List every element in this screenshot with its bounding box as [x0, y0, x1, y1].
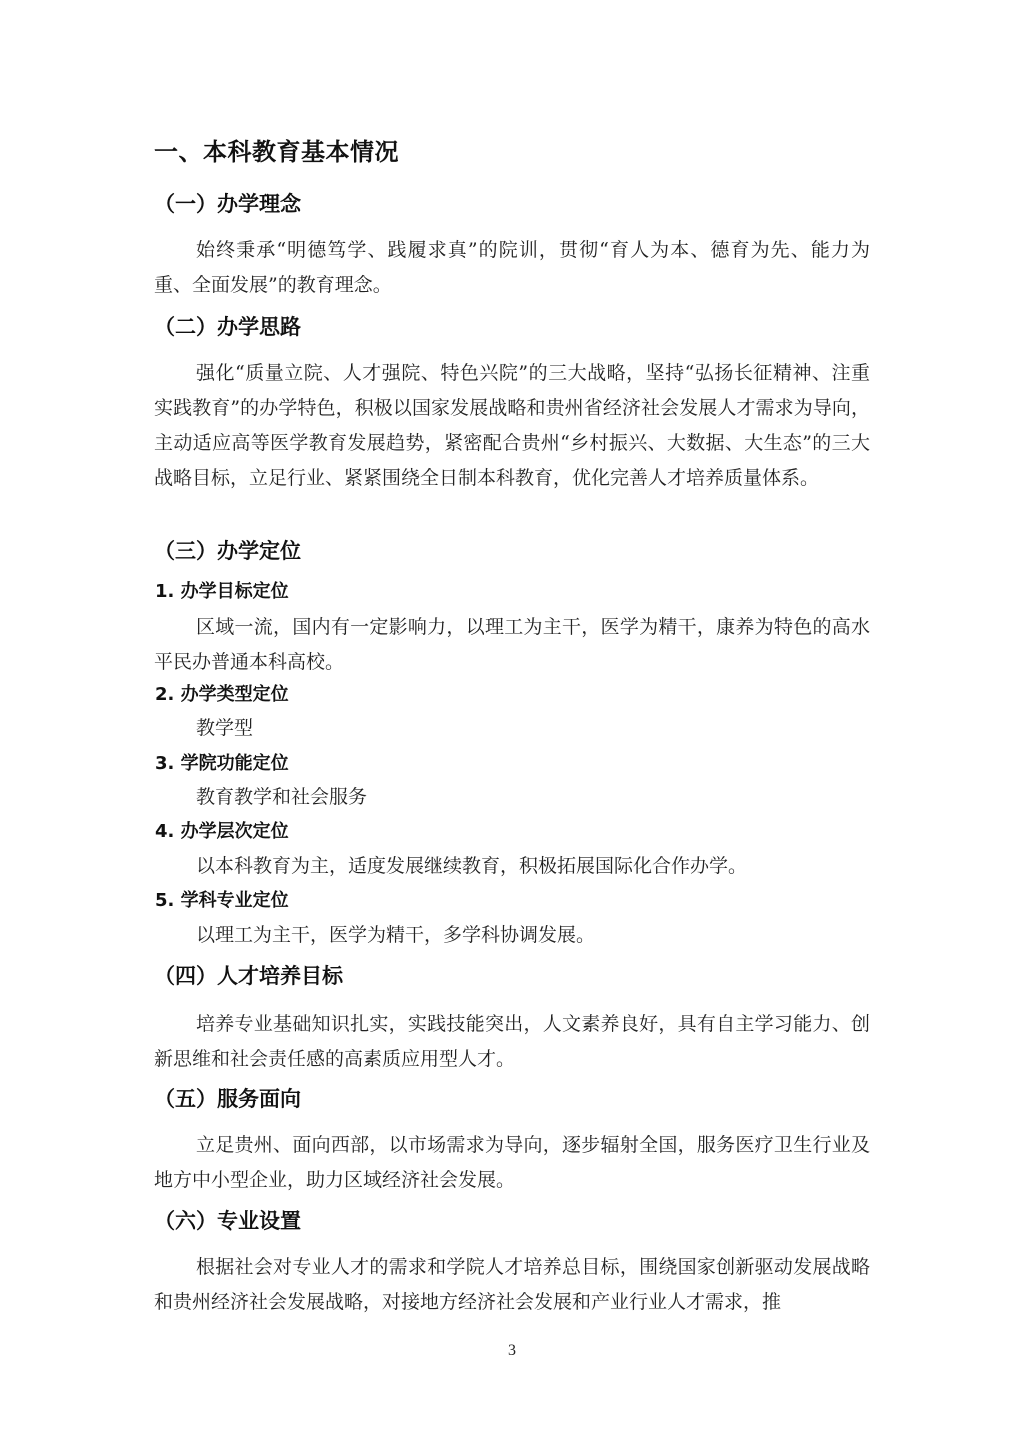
- document-page: 一、本科教育基本情况 （一）办学理念 始终秉承“明德笃学、践履求真”的院训，贯彻…: [0, 0, 1024, 1448]
- page-number: 3: [0, 1342, 1024, 1360]
- positioning-item-4-label: 4. 办学层次定位: [155, 818, 289, 846]
- positioning-item-3-text: 教育教学和社会服务: [196, 782, 367, 812]
- section-paragraph-service: 立足贵州、面向西部，以市场需求为导向，逐步辐射全国，服务医疗卫生行业及地方中小型…: [154, 1128, 870, 1198]
- section-heading-training-goal: （四）人才培养目标: [154, 959, 343, 993]
- section-heading-approach: （二）办学思路: [154, 310, 301, 344]
- positioning-item-5-label: 5. 学科专业定位: [155, 887, 289, 915]
- section-paragraph-training-goal: 培养专业基础知识扎实，实践技能突出，人文素养良好，具有自主学习能力、创新思维和社…: [154, 1007, 870, 1077]
- section-paragraph-majors: 根据社会对专业人才的需求和学院人才培养总目标，围绕国家创新驱动发展战略和贵州经济…: [154, 1250, 870, 1320]
- positioning-item-5-text: 以理工为主干，医学为精干，多学科协调发展。: [196, 920, 595, 950]
- section-heading-positioning: （三）办学定位: [154, 534, 301, 568]
- positioning-item-1-text: 区域一流，国内有一定影响力，以理工为主干，医学为精干，康养为特色的高水平民办普通…: [154, 610, 870, 680]
- section-heading-philosophy: （一）办学理念: [154, 187, 301, 221]
- chapter-title: 一、本科教育基本情况: [154, 134, 399, 170]
- section-paragraph-philosophy: 始终秉承“明德笃学、践履求真”的院训，贯彻“育人为本、德育为先、能力为重、全面发…: [154, 233, 870, 303]
- positioning-item-1-label: 1. 办学目标定位: [155, 578, 289, 606]
- section-heading-service: （五）服务面向: [154, 1082, 301, 1116]
- positioning-item-4-text: 以本科教育为主，适度发展继续教育，积极拓展国际化合作办学。: [196, 851, 747, 881]
- positioning-item-2-label: 2. 办学类型定位: [155, 681, 289, 709]
- positioning-item-2-text: 教学型: [196, 713, 253, 743]
- positioning-item-3-label: 3. 学院功能定位: [155, 750, 289, 778]
- section-heading-majors: （六）专业设置: [154, 1204, 301, 1238]
- section-paragraph-approach: 强化“质量立院、人才强院、特色兴院”的三大战略，坚持“弘扬长征精神、注重实践教育…: [154, 356, 870, 496]
